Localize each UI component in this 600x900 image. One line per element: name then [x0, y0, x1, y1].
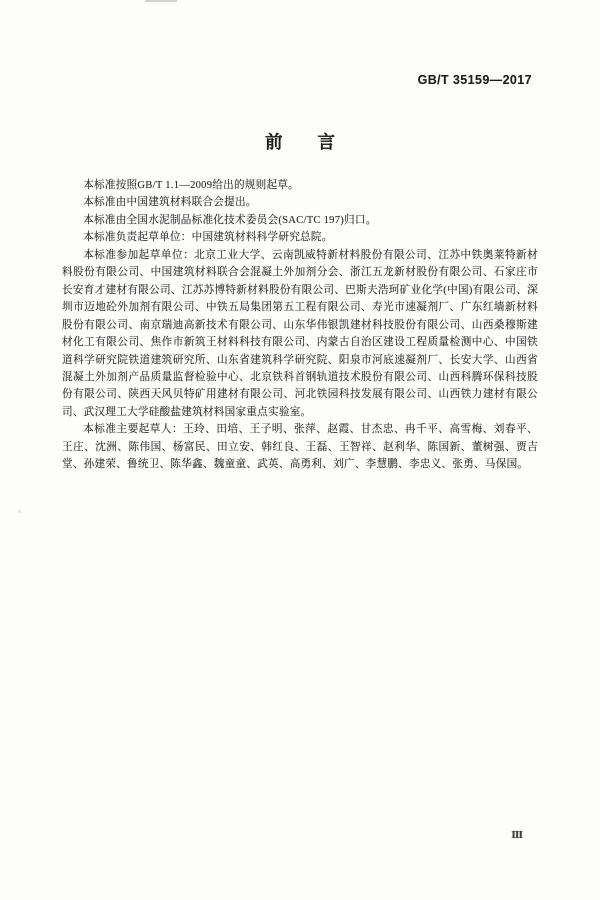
foreword-body: 本标准按照GB/T 1.1—2009给出的规则起草。 本标准由中国建筑材料联合会…	[62, 177, 538, 474]
foreword-paragraph-participating-orgs: 本标准参加起草单位：北京工业大学、云南凯威特新材料股份有限公司、江苏中铁奥莱特新…	[62, 247, 538, 422]
foreword-paragraph-main-drafters: 本标准主要起草人：王玲、田培、王子明、张萍、赵霞、甘杰忠、冉千平、高雪梅、刘春平…	[62, 421, 538, 473]
foreword-paragraph-chief-drafting-org: 本标准负责起草单位：中国建筑材料科学研究总院。	[62, 229, 538, 246]
standard-number: GB/T 35159—2017	[418, 73, 532, 87]
scan-artifact-speck	[18, 510, 21, 513]
foreword-paragraph-proposer: 本标准由中国建筑材料联合会提出。	[62, 194, 538, 211]
scan-artifact-line	[145, 0, 177, 2]
page-number: Ⅲ	[511, 830, 523, 841]
document-page: GB/T 35159—2017 前 言 本标准按照GB/T 1.1—2009给出…	[0, 0, 600, 900]
foreword-title: 前 言	[0, 129, 600, 154]
foreword-paragraph-committee: 本标准由全国水泥制品标准化技术委员会(SAC/TC 197)归口。	[62, 212, 538, 229]
foreword-paragraph-drafting-rule: 本标准按照GB/T 1.1—2009给出的规则起草。	[62, 177, 538, 194]
